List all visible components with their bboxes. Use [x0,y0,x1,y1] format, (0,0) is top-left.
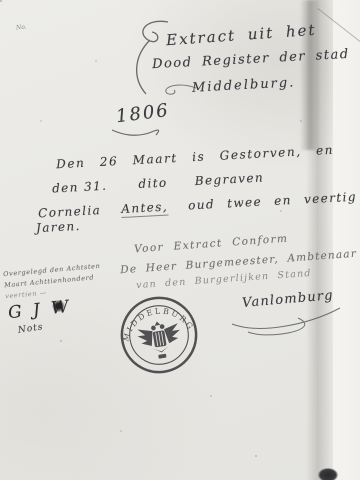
middelburg-lead-swash [160,82,200,98]
initials-ink-blot [52,300,65,312]
header-line-3: Middelburg. [192,75,296,95]
body-line-2-date: den 31. [52,179,108,196]
body-line-2-dito: dito [138,176,168,192]
margin-note: Overgelegd den Achtsten Maart Achttienho… [3,262,103,300]
paper-specks [0,0,2,2]
municipal-stamp: MIDDELBURG [112,288,206,382]
attestation-line-1: Voor Extract Conform [134,233,289,256]
corner-mark: No. [16,24,27,32]
paper-right-edge [333,0,360,480]
header-line-2: Dood Register der stad [152,47,350,72]
given-name: Cornelia [38,203,102,220]
signature-flourish [228,302,348,338]
margin-paraph: Nots [17,322,44,335]
year: 1806 [115,100,171,127]
header-line-1: Extract uit het [166,21,317,49]
document-scan: No. Extract uit het Dood Register der st… [0,0,360,480]
stamp-graphic: MIDDELBURG [112,288,206,382]
year-flourish [110,126,164,142]
body-line-2: den 31. dito Begraven [52,170,265,195]
body-line-4: Jaren. [36,219,81,235]
age-text: oud twee en veertig [188,190,357,213]
family-name: Antes, [121,200,168,218]
body-line-1: Den 26 Maart is Gestorven, en [56,143,335,172]
body-line-2-begraven: Begraven [194,170,264,188]
ink-blot-bottom-right [318,468,338,480]
body-line-3: Cornelia Antes, oud twee en veertig [38,190,357,221]
